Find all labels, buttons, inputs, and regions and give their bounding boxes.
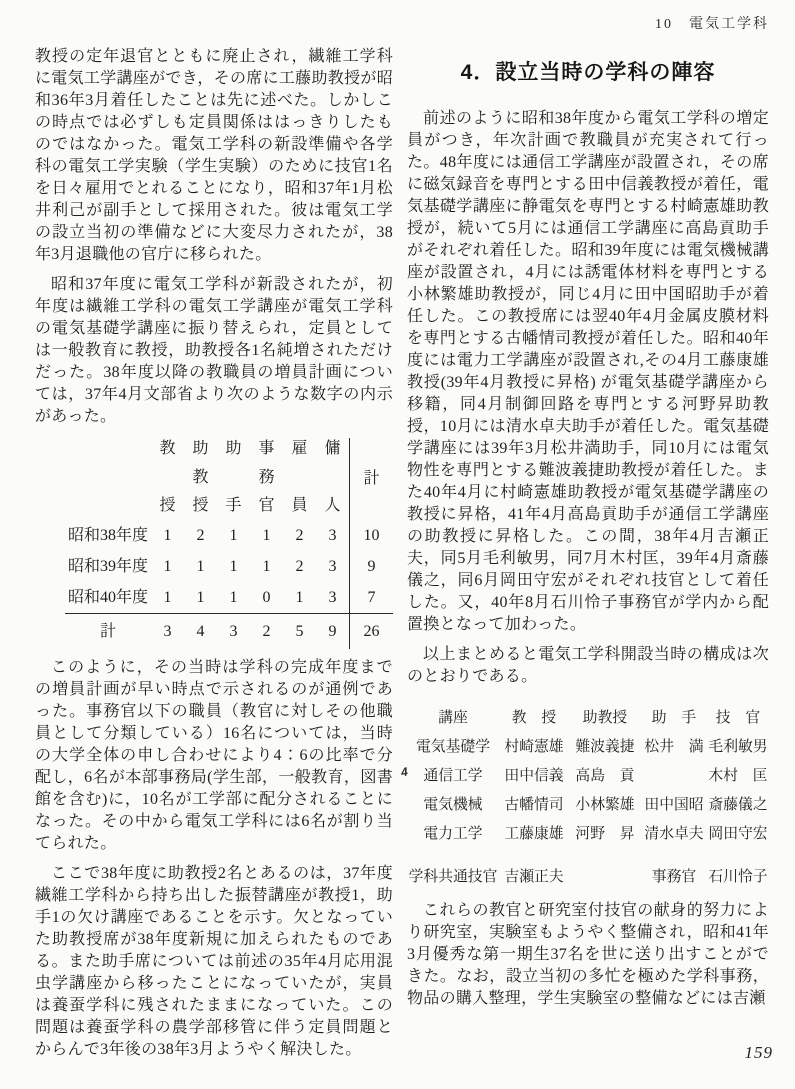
roster-col-header-koza: 講座 [407, 704, 499, 733]
roster-cell: 田中国昭 [641, 791, 707, 820]
staffing-col-header-yonin: 傭人 [316, 438, 349, 520]
roster-cell: 田中信義 [499, 762, 569, 791]
table-corner-cell [65, 438, 151, 520]
paragraph: ここで38年度に助教授2名とあるのは，37年度繊維工学科から持ち出した振替講座が… [35, 863, 393, 1061]
roster-col-header-jokyoju: 助教授 [569, 704, 641, 733]
paragraph: このように，その当時は学科の完成年度までの増員計画が早い時点で示されるのが通例で… [35, 657, 393, 855]
roster-course-label: 電気基礎学 [407, 733, 499, 762]
staffing-cell: 2 [283, 551, 316, 582]
roster-cell: 難波義捷 [569, 733, 641, 762]
roster-col-header-kyoju: 教 授 [499, 704, 569, 733]
roster-table: 4 講座 教 授 助教授 助 手 技 官 電気基礎学 村崎憲雄 難波義捷 松井 … [407, 704, 769, 892]
staffing-row-total: 9 [349, 551, 393, 582]
staffing-sum-cell: 3 [151, 613, 184, 649]
staffing-col-header-koin: 雇員 [283, 438, 316, 520]
staffing-cell: 3 [316, 551, 349, 582]
staffing-grand-total: 26 [349, 613, 393, 649]
roster-cell [641, 762, 707, 791]
paragraph: これらの教官と研究室付技官の献身的努力により研究室，実験室もようやく整備され，昭… [407, 900, 769, 1010]
staffing-cell: 1 [217, 582, 250, 613]
roster-col-header-gikan: 技 官 [707, 704, 769, 733]
roster-cell: 村崎憲雄 [499, 733, 569, 762]
roster-course-label: 電気機械 [407, 791, 499, 820]
roster-course-label: 通信工学 [407, 762, 499, 791]
page-number: 159 [745, 1043, 774, 1063]
roster-footer-cell: 吉瀬正夫 [499, 863, 569, 892]
staffing-total-header: 計 [349, 438, 393, 520]
roster-cell: 河野 昇 [569, 820, 641, 849]
staffing-sum-cell: 5 [283, 613, 316, 649]
right-column: 4．設立当時の学科の陣容 前述のように昭和38年度から電気工学科の増定員がつき，… [407, 46, 769, 1061]
staffing-sum-label: 計 [65, 613, 151, 649]
ink-mark-artifact: 4 [400, 766, 409, 779]
paragraph: 前述のように昭和38年度から電気工学科の増定員がつき，年次計画で教職員が充実され… [407, 108, 769, 636]
staffing-cell: 1 [217, 520, 250, 551]
staffing-cell: 1 [151, 582, 184, 613]
roster-cell: 斎藤儀之 [707, 791, 769, 820]
staffing-cell: 2 [283, 520, 316, 551]
roster-footer-cell: 石川怜子 [707, 863, 769, 892]
roster-footer-cell [569, 863, 641, 892]
scanned-page: 10 電気工学科 教授の定年退官とともに廃止され，繊維工学科に電気工学講座ができ… [0, 0, 795, 1089]
staffing-cell: 1 [250, 551, 283, 582]
staffing-row-label: 昭和39年度 [65, 551, 151, 582]
staffing-sum-cell: 9 [316, 613, 349, 649]
staffing-cell: 1 [151, 551, 184, 582]
two-column-layout: 教授の定年退官とともに廃止され，繊維工学科に電気工学講座ができ，その席に工藤助教… [35, 46, 769, 1061]
paragraph-continuation: 教授の定年退官とともに廃止され，繊維工学科に電気工学講座ができ，その席に工藤助教… [35, 46, 393, 266]
staffing-cell: 1 [184, 582, 217, 613]
roster-cell: 木村 匡 [707, 762, 769, 791]
staffing-col-header-joshu: 助手 [217, 438, 250, 520]
staffing-cell: 3 [316, 520, 349, 551]
staffing-sum-cell: 4 [184, 613, 217, 649]
staffing-cell: 1 [151, 520, 184, 551]
staffing-sum-cell: 3 [217, 613, 250, 649]
staffing-row-label: 昭和40年度 [65, 582, 151, 613]
staffing-cell: 1 [184, 551, 217, 582]
roster-col-header-joshu: 助 手 [641, 704, 707, 733]
roster-footer-label: 学科共通技官 [407, 863, 499, 892]
roster-cell: 毛利敏男 [707, 733, 769, 762]
roster-course-label: 電力工学 [407, 820, 499, 849]
staffing-cell: 1 [250, 520, 283, 551]
paragraph: 昭和37年度に電気工学科が新設されたが，初年度は繊維工学科の電気工学講座が電気工… [35, 274, 393, 428]
staffing-cell: 3 [316, 582, 349, 613]
roster-cell: 岡田守宏 [707, 820, 769, 849]
paragraph: 以上まとめると電気工学科開設当時の構成は次のとおりである。 [407, 644, 769, 688]
staffing-col-header-jokyoju: 助教授 [184, 438, 217, 520]
roster-footer-cell: 事務官 [641, 863, 707, 892]
staffing-row-total: 7 [349, 582, 393, 613]
roster-cell: 小林繁雄 [569, 791, 641, 820]
roster-cell: 清水卓夫 [641, 820, 707, 849]
staffing-col-header-jimukan: 事務官 [250, 438, 283, 520]
left-column: 教授の定年退官とともに廃止され，繊維工学科に電気工学講座ができ，その席に工藤助教… [35, 46, 393, 1061]
roster-cell: 工藤康雄 [499, 820, 569, 849]
staffing-cell: 0 [250, 582, 283, 613]
section-heading: 4．設立当時の学科の陣容 [407, 58, 769, 88]
staffing-sum-cell: 2 [250, 613, 283, 649]
roster-cell: 松井 満 [641, 733, 707, 762]
staffing-cell: 1 [283, 582, 316, 613]
staffing-row-total: 10 [349, 520, 393, 551]
staffing-cell: 1 [217, 551, 250, 582]
staffing-row-label: 昭和38年度 [65, 520, 151, 551]
running-header: 10 電気工学科 [655, 13, 769, 33]
staffing-plan-table: 教授 助教授 助手 事務官 雇員 傭人 計 昭和38年度 1 2 1 1 2 3… [65, 438, 393, 649]
roster-cell: 高島 貢 [569, 762, 641, 791]
staffing-col-header-kyoju: 教授 [151, 438, 184, 520]
staffing-cell: 2 [184, 520, 217, 551]
roster-cell: 古幡情司 [499, 791, 569, 820]
